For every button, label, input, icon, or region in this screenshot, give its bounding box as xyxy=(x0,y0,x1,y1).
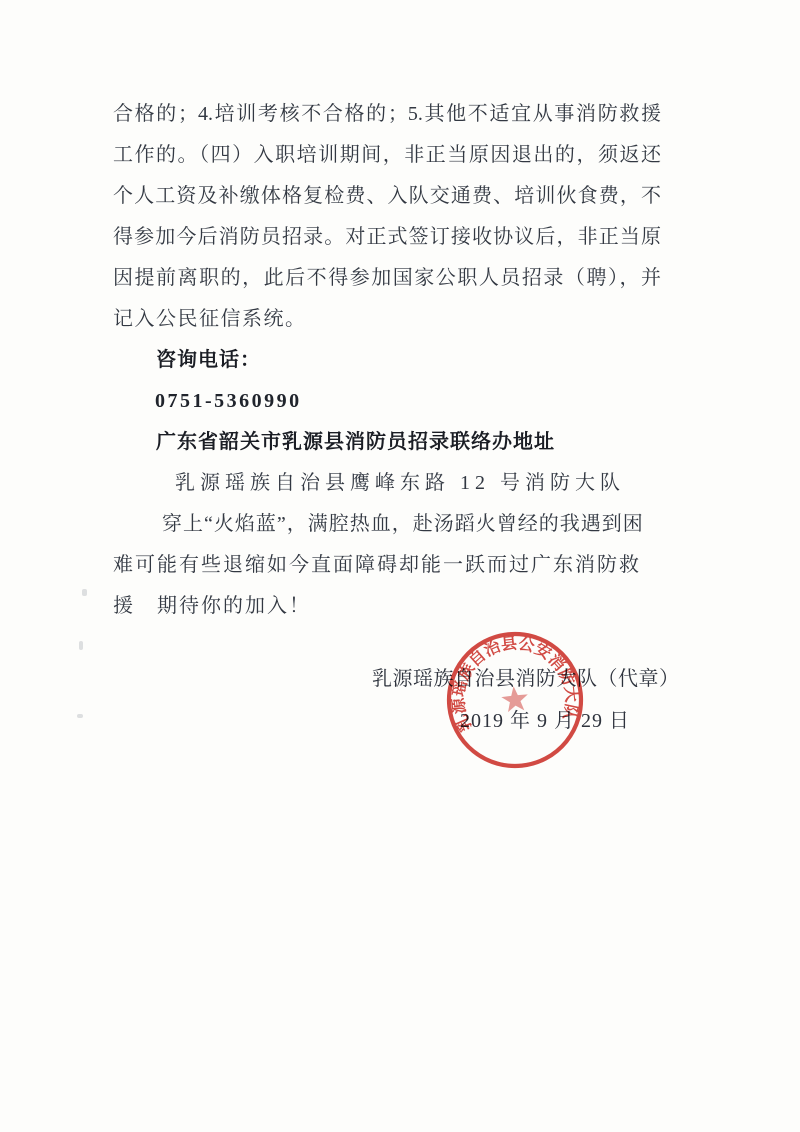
slogan-line: 穿上“火焰蓝”，满腔热血，赴汤蹈火曾经的我遇到困 xyxy=(113,504,661,545)
paragraph-line: 因提前离职的，此后不得参加国家公职人员招录（聘），并 xyxy=(113,258,661,299)
paragraph-line: 个人工资及补缴体格复检费、入队交通费、培训伙食费，不 xyxy=(113,176,661,217)
paragraph-line: 合格的；4.培训考核不合格的；5.其他不适宜从事消防救援 xyxy=(113,94,661,135)
contact-label: 咨询电话： xyxy=(113,340,661,381)
paragraph-line: 记入公民征信系统。 xyxy=(113,299,661,340)
seal-text-curved: 乳源瑶族自治县公安消防大队 xyxy=(442,627,582,735)
phone-number: 0751-5360990 xyxy=(113,381,661,422)
scan-speck xyxy=(77,714,83,718)
address-heading: 广东省韶关市乳源县消防员招录联络办地址 xyxy=(113,422,661,463)
paragraph-line: 得参加今后消防员招录。对正式签订接收协议后，非正当原 xyxy=(113,217,661,258)
seal-text: 乳源瑶族自治县公安消防大队 xyxy=(442,627,582,735)
paragraph-line: 工作的。（四）入职培训期间，非正当原因退出的，须返还 xyxy=(113,135,661,176)
scan-speck xyxy=(79,641,83,650)
official-seal: 乳源瑶族自治县公安消防大队 xyxy=(427,612,603,788)
seal-star xyxy=(500,685,529,713)
slogan-line: 难可能有些退缩如今直面障碍却能一跃而过广东消防救 xyxy=(113,545,661,586)
document-page: 合格的；4.培训考核不合格的；5.其他不适宜从事消防救援 工作的。（四）入职培训… xyxy=(0,0,800,1132)
address-line: 乳源瑶族自治县鹰峰东路 12 号消防大队 xyxy=(113,463,661,504)
scan-speck xyxy=(82,589,87,596)
letter-body: 合格的；4.培训考核不合格的；5.其他不适宜从事消防救援 工作的。（四）入职培训… xyxy=(113,94,661,627)
